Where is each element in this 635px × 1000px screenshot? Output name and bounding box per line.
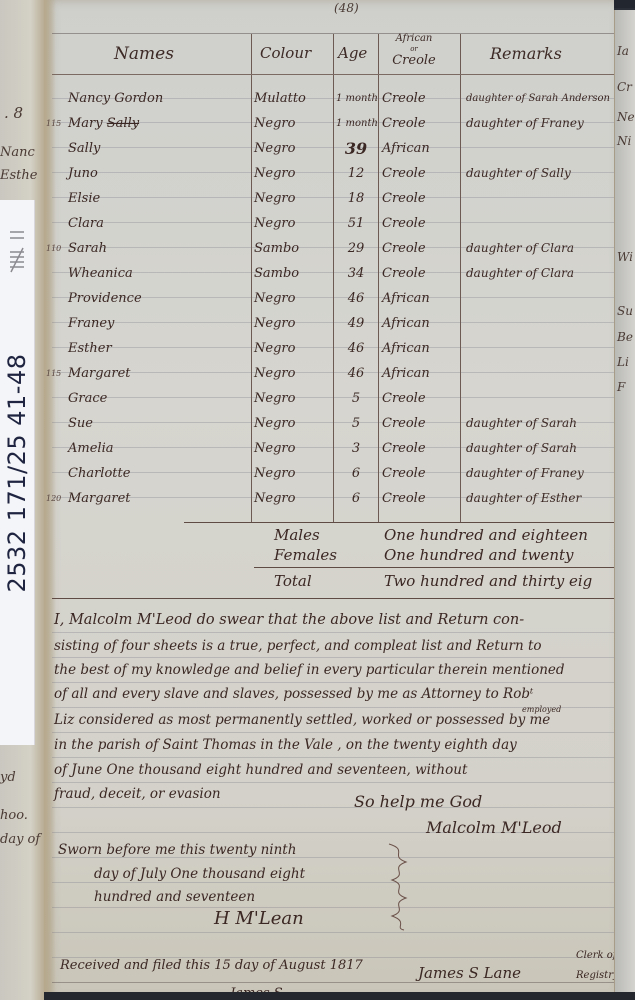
- table-row: Providence Negro 46 African: [44, 286, 614, 311]
- slave-origin: Creole: [382, 486, 426, 511]
- slave-name: Elsie: [68, 186, 100, 211]
- slave-name: Nancy Gordon: [68, 86, 163, 111]
- slave-colour: Negro: [254, 436, 295, 461]
- archive-reference-label: 2532 171/25 41-48: [0, 200, 35, 745]
- tally-marks-icon: [8, 230, 26, 290]
- clerk-note: Clerk of: [576, 950, 614, 961]
- slave-colour: Negro: [254, 336, 295, 361]
- slave-name-text: Mary: [68, 116, 103, 131]
- clerk-signature: James S Lane: [418, 964, 521, 982]
- table-row: Grace Negro 5 Creole: [44, 386, 614, 411]
- slave-colour: Negro: [254, 111, 295, 136]
- males-value: One hundred and eighteen: [384, 526, 588, 544]
- slave-age: 34: [336, 261, 376, 286]
- slave-remarks: daughter of Sally: [466, 161, 571, 186]
- slave-name: Sue: [68, 411, 93, 436]
- slave-register-table: Names Colour Age African or Creole Remar…: [44, 34, 614, 524]
- slave-origin: Creole: [382, 436, 426, 461]
- sworn-line: hundred and seventeen: [94, 889, 255, 905]
- total-label: Total: [274, 572, 312, 590]
- slave-age: 51: [336, 211, 376, 236]
- filing-statement: Received and filed this 15 day of August…: [60, 958, 363, 973]
- females-label: Females: [274, 546, 337, 564]
- slave-origin: Creole: [382, 111, 426, 136]
- slave-colour: Negro: [254, 136, 295, 161]
- header-age: Age: [338, 44, 367, 62]
- table-row: Clara Negro 51 Creole: [44, 211, 614, 236]
- slave-name: Clara: [68, 211, 104, 236]
- slave-name: Mary Sally: [68, 111, 139, 136]
- slave-colour: Negro: [254, 486, 295, 511]
- right-page-fragment: Ni: [617, 134, 631, 148]
- clerk-note: Registry: [576, 970, 614, 981]
- slave-origin: African: [382, 286, 430, 311]
- table-row: Amelia Negro 3 Creole daughter of Sarah: [44, 436, 614, 461]
- slave-remarks: daughter of Clara: [466, 236, 574, 261]
- slave-origin: Creole: [382, 161, 426, 186]
- slave-age: 18: [336, 186, 376, 211]
- slave-name: Charlotte: [68, 461, 130, 486]
- slave-origin: Creole: [382, 236, 426, 261]
- magistrate-signature: H M'Lean: [214, 908, 304, 929]
- oath-line: of June One thousand eight hundred and s…: [54, 762, 467, 778]
- right-page-fragment: Li: [617, 355, 629, 369]
- right-page-fragment: Su: [617, 304, 633, 318]
- slave-colour: Negro: [254, 361, 295, 386]
- header-origin: African or Creole: [384, 34, 444, 68]
- row-number: 115: [46, 111, 61, 136]
- slave-origin: African: [382, 311, 430, 336]
- slave-name: Sally: [68, 136, 100, 161]
- archive-reference-text: 2532 171/25 41-48: [3, 353, 31, 592]
- slave-origin: Creole: [382, 211, 426, 236]
- totals-bottom-rule: [52, 598, 614, 599]
- slave-colour: Negro: [254, 186, 295, 211]
- slave-remarks: daughter of Franey: [466, 461, 584, 486]
- page-number: (48): [334, 1, 359, 15]
- table-row: 115 Mary Sally Negro 1 month Creole daug…: [44, 111, 614, 136]
- slave-origin: Creole: [382, 386, 426, 411]
- slave-colour: Sambo: [254, 236, 299, 261]
- right-page-fragment: Cr: [617, 80, 632, 94]
- table-row: Sally Negro 39 African: [44, 136, 614, 161]
- oath-line: the best of my knowledge and belief in e…: [54, 662, 565, 678]
- slave-colour: Negro: [254, 311, 295, 336]
- table-row: 110 Sarah Sambo 29 Creole daughter of Cl…: [44, 236, 614, 261]
- left-page-fragment: Esthe: [0, 168, 37, 183]
- oath-line: of all and every slave and slaves, posse…: [54, 686, 533, 702]
- left-page-fragment: day of: [0, 832, 40, 847]
- left-page-fragment: yd: [0, 770, 16, 785]
- slave-name: Providence: [68, 286, 142, 311]
- slave-name: Franey: [68, 311, 114, 336]
- slave-age: 49: [336, 311, 376, 336]
- sworn-line: day of July One thousand eight: [94, 866, 305, 882]
- table-row: Nancy Gordon Mulatto 1 month Creole daug…: [44, 86, 614, 111]
- oath-line: Liz considered as most permanently settl…: [54, 712, 550, 728]
- slave-origin: African: [382, 361, 430, 386]
- header-divider: [52, 74, 614, 75]
- slave-colour: Negro: [254, 286, 295, 311]
- slave-name: Margaret: [68, 361, 130, 386]
- oath-line: sisting of four sheets is a true, perfec…: [54, 638, 542, 654]
- register-page: (48) Names Colour Age African or Creole …: [44, 0, 614, 1000]
- slave-age: 39: [336, 136, 376, 161]
- slave-name: Wheanica: [68, 261, 133, 286]
- oath-line: in the parish of Saint Thomas in the Val…: [54, 737, 517, 753]
- totals-block: Males One hundred and eighteen Females O…: [184, 522, 614, 598]
- females-value: One hundred and twenty: [384, 546, 574, 564]
- slave-origin: Creole: [382, 261, 426, 286]
- left-page-fragment: . 8: [4, 104, 23, 122]
- slave-colour: Sambo: [254, 261, 299, 286]
- slave-origin: Creole: [382, 86, 426, 111]
- table-row: Charlotte Negro 6 Creole daughter of Fra…: [44, 461, 614, 486]
- table-row: Sue Negro 5 Creole daughter of Sarah: [44, 411, 614, 436]
- slave-name: Juno: [68, 161, 98, 186]
- slave-origin: Creole: [382, 186, 426, 211]
- header-origin-creole: Creole: [384, 54, 444, 68]
- right-page-fragment: Wi: [617, 250, 633, 264]
- right-page-fragment: Ia: [617, 44, 629, 58]
- slave-name: Sarah: [68, 236, 107, 261]
- struck-name: Sally: [107, 116, 139, 131]
- row-number: 115: [46, 361, 61, 386]
- slave-name: Grace: [68, 386, 107, 411]
- males-label: Males: [274, 526, 320, 544]
- sworn-line: Sworn before me this twenty ninth: [58, 842, 296, 858]
- totals-top-rule: [184, 522, 614, 523]
- right-page-fragment: Ne: [617, 110, 635, 124]
- attorney-signature: Malcolm M'Leod: [426, 818, 562, 837]
- slave-age: 29: [336, 236, 376, 261]
- slave-origin: African: [382, 336, 430, 361]
- table-row: Esther Negro 46 African: [44, 336, 614, 361]
- slave-remarks: daughter of Franey: [466, 111, 584, 136]
- left-adjacent-page: . 8 Nanc Esthe yd hoo. day of 2532 171/2…: [0, 0, 44, 1000]
- slave-age: 12: [336, 161, 376, 186]
- background-bottom: [44, 992, 635, 1000]
- left-page-fragment: hoo.: [0, 808, 28, 823]
- slave-origin: Creole: [382, 461, 426, 486]
- oath-line: fraud, deceit, or evasion: [54, 786, 221, 802]
- header-names: Names: [114, 44, 174, 64]
- slave-colour: Negro: [254, 411, 295, 436]
- slave-remarks: daughter of Esther: [466, 486, 581, 511]
- totals-mid-rule: [254, 567, 614, 568]
- slave-age: 46: [336, 286, 376, 311]
- slave-age: 5: [336, 411, 376, 436]
- slave-age: 6: [336, 461, 376, 486]
- slave-remarks: daughter of Clara: [466, 261, 574, 286]
- slave-age: 1 month: [336, 111, 376, 136]
- slave-age: 1 month: [336, 86, 376, 111]
- slave-age: 46: [336, 336, 376, 361]
- oath-closing: So help me God: [354, 792, 482, 811]
- slave-colour: Negro: [254, 211, 295, 236]
- table-row: Elsie Negro 18 Creole: [44, 186, 614, 211]
- slave-remarks: daughter of Sarah: [466, 411, 577, 436]
- header-origin-african: African: [384, 34, 444, 44]
- row-number: 110: [46, 236, 61, 261]
- table-row: 120 Margaret Negro 6 Creole daughter of …: [44, 486, 614, 511]
- slave-name: Margaret: [68, 486, 130, 511]
- slave-colour: Negro: [254, 161, 295, 186]
- oath-line: I, Malcolm M'Leod do swear that the abov…: [54, 612, 524, 628]
- table-row: Franey Negro 49 African: [44, 311, 614, 336]
- slave-origin: African: [382, 136, 430, 161]
- left-page-fragment: Nanc: [0, 145, 35, 160]
- header-remarks: Remarks: [490, 44, 562, 63]
- slave-age: 3: [336, 436, 376, 461]
- table-row: Wheanica Sambo 34 Creole daughter of Cla…: [44, 261, 614, 286]
- row-number: 120: [46, 486, 61, 511]
- slave-origin: Creole: [382, 411, 426, 436]
- table-row: 115 Margaret Negro 46 African: [44, 361, 614, 386]
- seal-flourish-icon: [384, 842, 414, 932]
- right-page-fragment: F: [617, 380, 625, 394]
- header-colour: Colour: [260, 44, 311, 62]
- slave-remarks: daughter of Sarah: [466, 436, 577, 461]
- slave-age: 6: [336, 486, 376, 511]
- slave-remarks: daughter of Sarah Anderson: [466, 86, 610, 111]
- table-row: Juno Negro 12 Creole daughter of Sally: [44, 161, 614, 186]
- slave-age: 46: [336, 361, 376, 386]
- slave-colour: Mulatto: [254, 86, 306, 111]
- right-page-fragment: Be: [617, 330, 633, 344]
- total-value: Two hundred and thirty eig: [384, 572, 592, 590]
- slave-colour: Negro: [254, 461, 295, 486]
- slave-name: Amelia: [68, 436, 113, 461]
- slave-age: 5: [336, 386, 376, 411]
- right-adjacent-page: Ia Cr Ne Ni Wi Su Be Li F: [614, 10, 635, 1000]
- slave-colour: Negro: [254, 386, 295, 411]
- slave-name: Esther: [68, 336, 112, 361]
